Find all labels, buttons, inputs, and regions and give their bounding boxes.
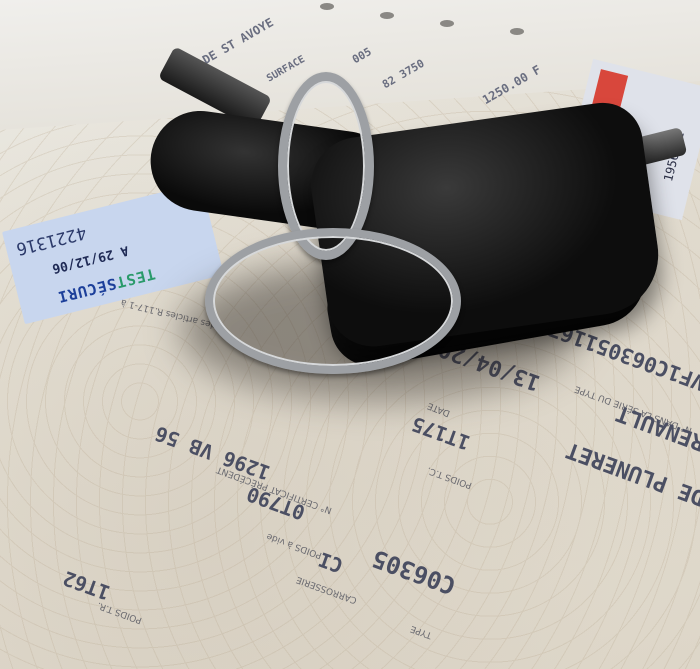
large-split-ring	[205, 228, 461, 374]
sticker-number: 4221316	[14, 222, 88, 259]
perforation-hole	[380, 12, 394, 19]
perforation-hole	[440, 20, 454, 27]
perforation-hole	[320, 3, 334, 10]
perforation-hole	[510, 28, 524, 35]
photo-scene: DE ST AVOYE SURFACE 005 82 3750 1250.00 …	[0, 0, 700, 669]
